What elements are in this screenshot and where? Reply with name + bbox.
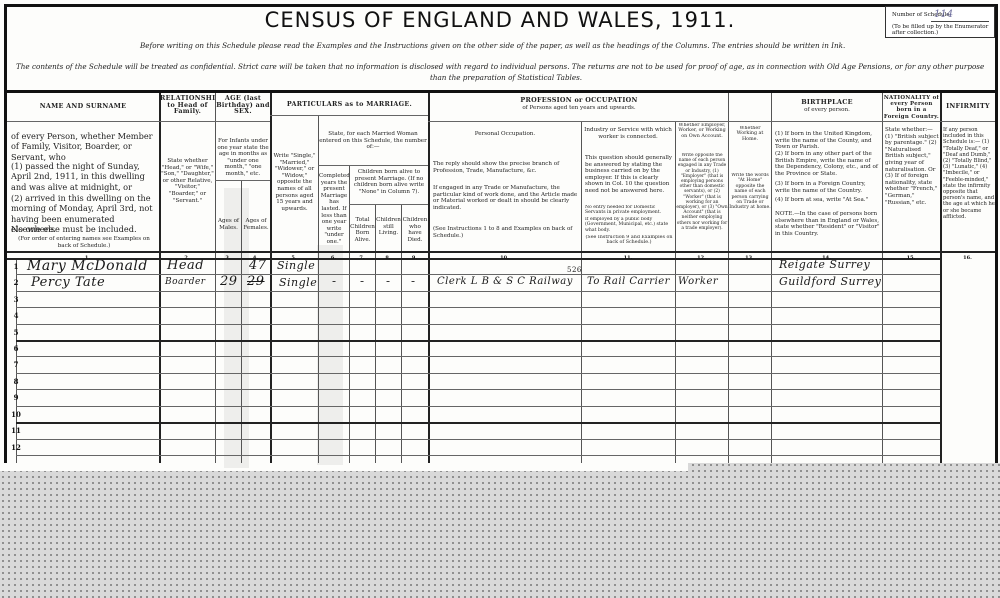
schedule-number-box: Number of Schedule 114 (To be filled up …	[885, 6, 995, 38]
nationality-column-header: NATIONALITY of every Person born in a Fo…	[883, 95, 940, 120]
divider	[349, 204, 428, 205]
entry-relationship[interactable]: Boarder	[165, 277, 206, 287]
age-column-header: AGE (last Birthday) and SEX.	[216, 95, 270, 115]
entry-relationship[interactable]: Head	[167, 258, 204, 273]
divider	[728, 121, 771, 122]
name-column-header: NAME AND SURNAME	[7, 103, 159, 110]
row-number: 10	[11, 410, 21, 419]
row-divider	[16, 373, 940, 374]
row-divider	[16, 406, 940, 407]
entry-birthplace[interactable]: Guildford Surrey	[779, 275, 881, 288]
row-number: 6	[11, 344, 21, 353]
entry-occupation[interactable]: Clerk L B & S C Railway	[437, 276, 573, 287]
schedule-number-value: 114	[934, 9, 953, 20]
age-instruction: For Infants under one year state the age…	[217, 138, 269, 178]
entry-condition[interactable]: Single	[277, 259, 315, 272]
entry-birthplace[interactable]: Reigate Surrey	[779, 258, 870, 271]
employer-header: Whether Employer, Worker, or Working on …	[676, 123, 728, 139]
row-divider	[16, 324, 940, 325]
divider	[318, 115, 319, 463]
census-table: NAME AND SURNAME of every Person, whethe…	[7, 90, 995, 463]
instruction-line: Before writing on this Schedule please r…	[140, 41, 845, 50]
row-divider	[16, 291, 940, 292]
nationality-instruction: State whether:— (1) "British subject by …	[885, 127, 939, 206]
row-number: 12	[11, 443, 21, 452]
entry-employer-status[interactable]: Worker	[678, 276, 718, 287]
column-number: 7.	[349, 255, 375, 264]
infirmity-column-header: INFIRMITY	[941, 103, 995, 110]
divider	[428, 93, 430, 463]
birthplace-subheader: of every person.	[772, 107, 882, 114]
children-header: Children born alive to present Marriage.…	[350, 169, 428, 195]
confidential-line: The contents of the Schedule will be tre…	[16, 62, 984, 71]
name-instruction: (1) passed the night of Sunday, April 2n…	[11, 161, 157, 192]
row-divider	[16, 455, 940, 456]
occupation-subheader: of Persons aged ten years and upwards.	[429, 105, 729, 112]
entry-children-living[interactable]: -	[386, 274, 391, 288]
years-married-header: Completed years the present Marriage has…	[319, 173, 349, 246]
divider	[428, 121, 771, 122]
total-children-header: Total Children Born Alive.	[350, 217, 375, 243]
personal-occupation-instruction: If engaged in any Trade or Manufacture, …	[433, 185, 578, 211]
industry-instruction: No entry needed for Domestic Servants in…	[585, 205, 673, 216]
row-divider	[16, 439, 940, 440]
entry-condition[interactable]: Single	[279, 276, 317, 289]
column-number: 10.	[428, 255, 581, 264]
children-died-header: Children who have Died.	[402, 217, 428, 243]
row-number: 3	[11, 295, 21, 304]
age-males-header: Ages of Males.	[216, 218, 241, 231]
entry-children-died[interactable]: -	[411, 274, 416, 288]
personal-occupation-header: Personal Occupation.	[429, 131, 581, 138]
personal-occupation-instruction: (See Instructions 1 to 8 and Examples on…	[433, 226, 578, 239]
column-number: 3.	[215, 255, 241, 264]
row-divider	[16, 340, 940, 342]
column-number: 9.	[401, 255, 428, 264]
children-living-header: Children still Living.	[376, 217, 401, 237]
divider	[159, 121, 270, 122]
entry-occupation-code: 526	[567, 266, 582, 274]
divider	[940, 93, 942, 463]
birthplace-instruction: (3) If born in a Foreign Country, write …	[775, 181, 880, 194]
column-number: 6.	[318, 255, 349, 264]
divider	[771, 121, 995, 122]
row-number: 7	[11, 360, 21, 369]
condition-instruction: Write "Single," "Married," "Widower," or…	[272, 153, 317, 212]
birthplace-note: NOTE.—In the case of persons born elsewh…	[775, 211, 880, 237]
name-instruction: of every Person, whether Member of Famil…	[11, 131, 157, 162]
column-number: 8.	[375, 255, 401, 264]
confidential-line-continued: than the preparation of Statistical Tabl…	[430, 73, 582, 82]
row-number: 2	[11, 278, 21, 287]
row-number: 4	[11, 311, 21, 320]
row-number: 9	[11, 393, 21, 402]
divider	[882, 93, 883, 463]
divider	[349, 165, 350, 463]
row-divider	[16, 389, 940, 390]
column-number: 13.	[728, 255, 771, 264]
relationship-column-header: RELATIONSHIP to Head of Family.	[160, 95, 215, 115]
schedule-number-note: (To be filled up by the Enumerator after…	[892, 24, 992, 36]
birthplace-instruction: (4) If born at sea, write "At Sea."	[775, 197, 880, 204]
married-woman-instruction: State, for each Married Woman entered on…	[319, 131, 427, 151]
row-number: 5	[11, 328, 21, 337]
divider	[728, 93, 729, 463]
form-title: CENSUS OF ENGLAND AND WALES, 1911.	[0, 8, 1000, 32]
divider	[771, 93, 772, 463]
marriage-column-header: PARTICULARS as to MARRIAGE.	[271, 101, 428, 108]
entry-age-female-struck[interactable]: 29	[247, 274, 265, 289]
divider	[270, 115, 428, 116]
entry-total-children[interactable]: -	[360, 274, 365, 288]
age-females-header: Ages of Females.	[242, 218, 270, 231]
row-divider	[16, 422, 940, 424]
birthplace-instruction: (1) If born in the United Kingdom, write…	[775, 131, 880, 151]
divider	[215, 93, 216, 463]
row-number: 11	[11, 426, 21, 435]
home-instruction: Write the words "At Home" opposite the n…	[729, 173, 771, 211]
column-number: 16.	[940, 255, 995, 264]
schedule-number-line	[931, 21, 989, 22]
occupation-column-header: PROFESSION or OCCUPATION	[429, 97, 729, 104]
divider	[270, 93, 272, 463]
column-number: 11.	[581, 255, 675, 264]
divider	[318, 165, 428, 166]
industry-header: Industry or Service with which worker is…	[583, 127, 673, 140]
divider	[159, 93, 161, 463]
birthplace-instruction: (2) If born in any other part of the Bri…	[775, 151, 880, 177]
infirmity-instruction: If any person included in this Schedule …	[943, 127, 995, 220]
birthplace-column-header: BIRTHPLACE	[772, 99, 882, 106]
divider	[7, 121, 159, 122]
entry-years-married[interactable]: -	[332, 274, 337, 288]
entry-name[interactable]: Percy Tate	[31, 275, 105, 290]
entry-age-male[interactable]: 29	[220, 274, 238, 289]
industry-instruction: (See Instruction 9 and Examples on back …	[585, 235, 673, 246]
row-number: 1	[11, 262, 21, 271]
row-divider	[16, 356, 940, 357]
divider	[581, 121, 582, 463]
home-header: Whether Working at Home.	[729, 126, 771, 142]
row-number: 8	[11, 377, 21, 386]
entry-name[interactable]: Mary McDonald	[27, 258, 148, 274]
name-instruction: No one else must be included.	[11, 224, 157, 234]
entry-age-female[interactable]: 47	[249, 258, 267, 273]
personal-occupation-instruction: The reply should show the precise branch…	[433, 161, 578, 174]
industry-instruction: If employed by a public body (Government…	[585, 217, 673, 233]
divider	[7, 251, 995, 253]
column-number: 15.	[882, 255, 940, 264]
employer-instruction: Write opposite the name of each person e…	[676, 153, 728, 231]
divider	[215, 180, 270, 181]
sheet-edge	[0, 463, 688, 471]
industry-instruction: This question should generally be answer…	[585, 155, 673, 195]
divider	[375, 204, 376, 463]
shade-band	[317, 245, 343, 465]
row-divider	[16, 307, 940, 308]
column-number: 12.	[675, 255, 728, 264]
name-instruction-note: (For order of entering names see Example…	[11, 236, 157, 249]
entry-industry[interactable]: To Rail Carrier	[587, 276, 670, 287]
relationship-instruction: State whether "Head," or "Wife," "Son," …	[161, 158, 214, 204]
